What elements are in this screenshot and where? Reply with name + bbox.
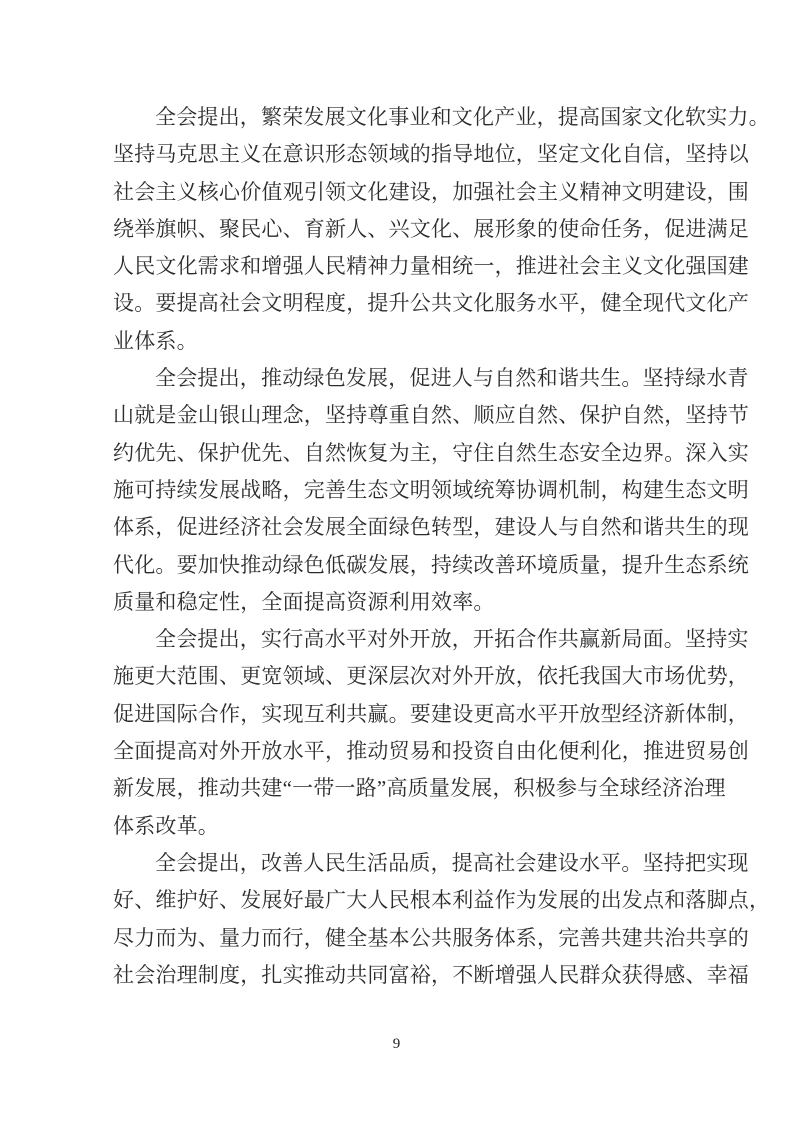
text-line: 全会提出，推动绿色发展，促进人与自然和谐共生。坚持绿水青: [113, 360, 683, 397]
text-line: 促进国际合作，实现互利共赢。要建设更高水平开放型经济新体制，: [113, 696, 683, 733]
text-line: 全会提出，改善人民生活品质，提高社会建设水平。坚持把实现: [113, 845, 683, 882]
text-line: 施更大范围、更宽领域、更深层次对外开放，依托我国大市场优势，: [113, 658, 683, 695]
text-line: 新发展，推动共建“一带一路”高质量发展，积极参与全球经济治理: [113, 770, 683, 807]
text-line: 代化。要加快推动绿色低碳发展，持续改善环境质量，提升生态系统: [113, 547, 683, 584]
page-number: 9: [0, 1036, 793, 1053]
paragraph: 全会提出，繁荣发展文化事业和文化产业，提高国家文化软实力。坚持马克思主义在意识形…: [113, 99, 683, 360]
text-line: 施可持续发展战略，完善生态文明领域统筹协调机制，构建生态文明: [113, 472, 683, 509]
text-line: 全面提高对外开放水平，推动贸易和投资自由化便利化，推进贸易创: [113, 733, 683, 770]
text-line: 山就是金山银山理念，坚持尊重自然、顺应自然、保护自然，坚持节: [113, 397, 683, 434]
text-line: 体系，促进经济社会发展全面绿色转型，建设人与自然和谐共生的现: [113, 509, 683, 546]
text-line: 业体系。: [113, 323, 683, 360]
paragraph: 全会提出，改善人民生活品质，提高社会建设水平。坚持把实现好、维护好、发展好最广大…: [113, 845, 683, 994]
document-body: 全会提出，繁荣发展文化事业和文化产业，提高国家文化软实力。坚持马克思主义在意识形…: [113, 99, 683, 994]
paragraph: 全会提出，推动绿色发展，促进人与自然和谐共生。坚持绿水青山就是金山银山理念，坚持…: [113, 360, 683, 621]
text-line: 设。要提高社会文明程度，提升公共文化服务水平，健全现代文化产: [113, 285, 683, 322]
text-line: 质量和稳定性，全面提高资源利用效率。: [113, 584, 683, 621]
text-line: 好、维护好、发展好最广大人民根本利益作为发展的出发点和落脚点，: [113, 882, 683, 919]
text-line: 社会治理制度，扎实推动共同富裕，不断增强人民群众获得感、幸福: [113, 957, 683, 994]
text-line: 体系改革。: [113, 808, 683, 845]
text-line: 全会提出，实行高水平对外开放，开拓合作共赢新局面。坚持实: [113, 621, 683, 658]
document-page: 全会提出，繁荣发展文化事业和文化产业，提高国家文化软实力。坚持马克思主义在意识形…: [0, 0, 793, 1122]
text-line: 全会提出，繁荣发展文化事业和文化产业，提高国家文化软实力。: [113, 99, 683, 136]
text-line: 坚持马克思主义在意识形态领域的指导地位，坚定文化自信，坚持以: [113, 136, 683, 173]
text-line: 社会主义核心价值观引领文化建设，加强社会主义精神文明建设，围: [113, 174, 683, 211]
text-line: 人民文化需求和增强人民精神力量相统一，推进社会主义文化强国建: [113, 248, 683, 285]
text-line: 尽力而为、量力而行，健全基本公共服务体系，完善共建共治共享的: [113, 920, 683, 957]
text-line: 约优先、保护优先、自然恢复为主，守住自然生态安全边界。深入实: [113, 435, 683, 472]
paragraph: 全会提出，实行高水平对外开放，开拓合作共赢新局面。坚持实施更大范围、更宽领域、更…: [113, 621, 683, 845]
text-line: 绕举旗帜、聚民心、育新人、兴文化、展形象的使命任务，促进满足: [113, 211, 683, 248]
